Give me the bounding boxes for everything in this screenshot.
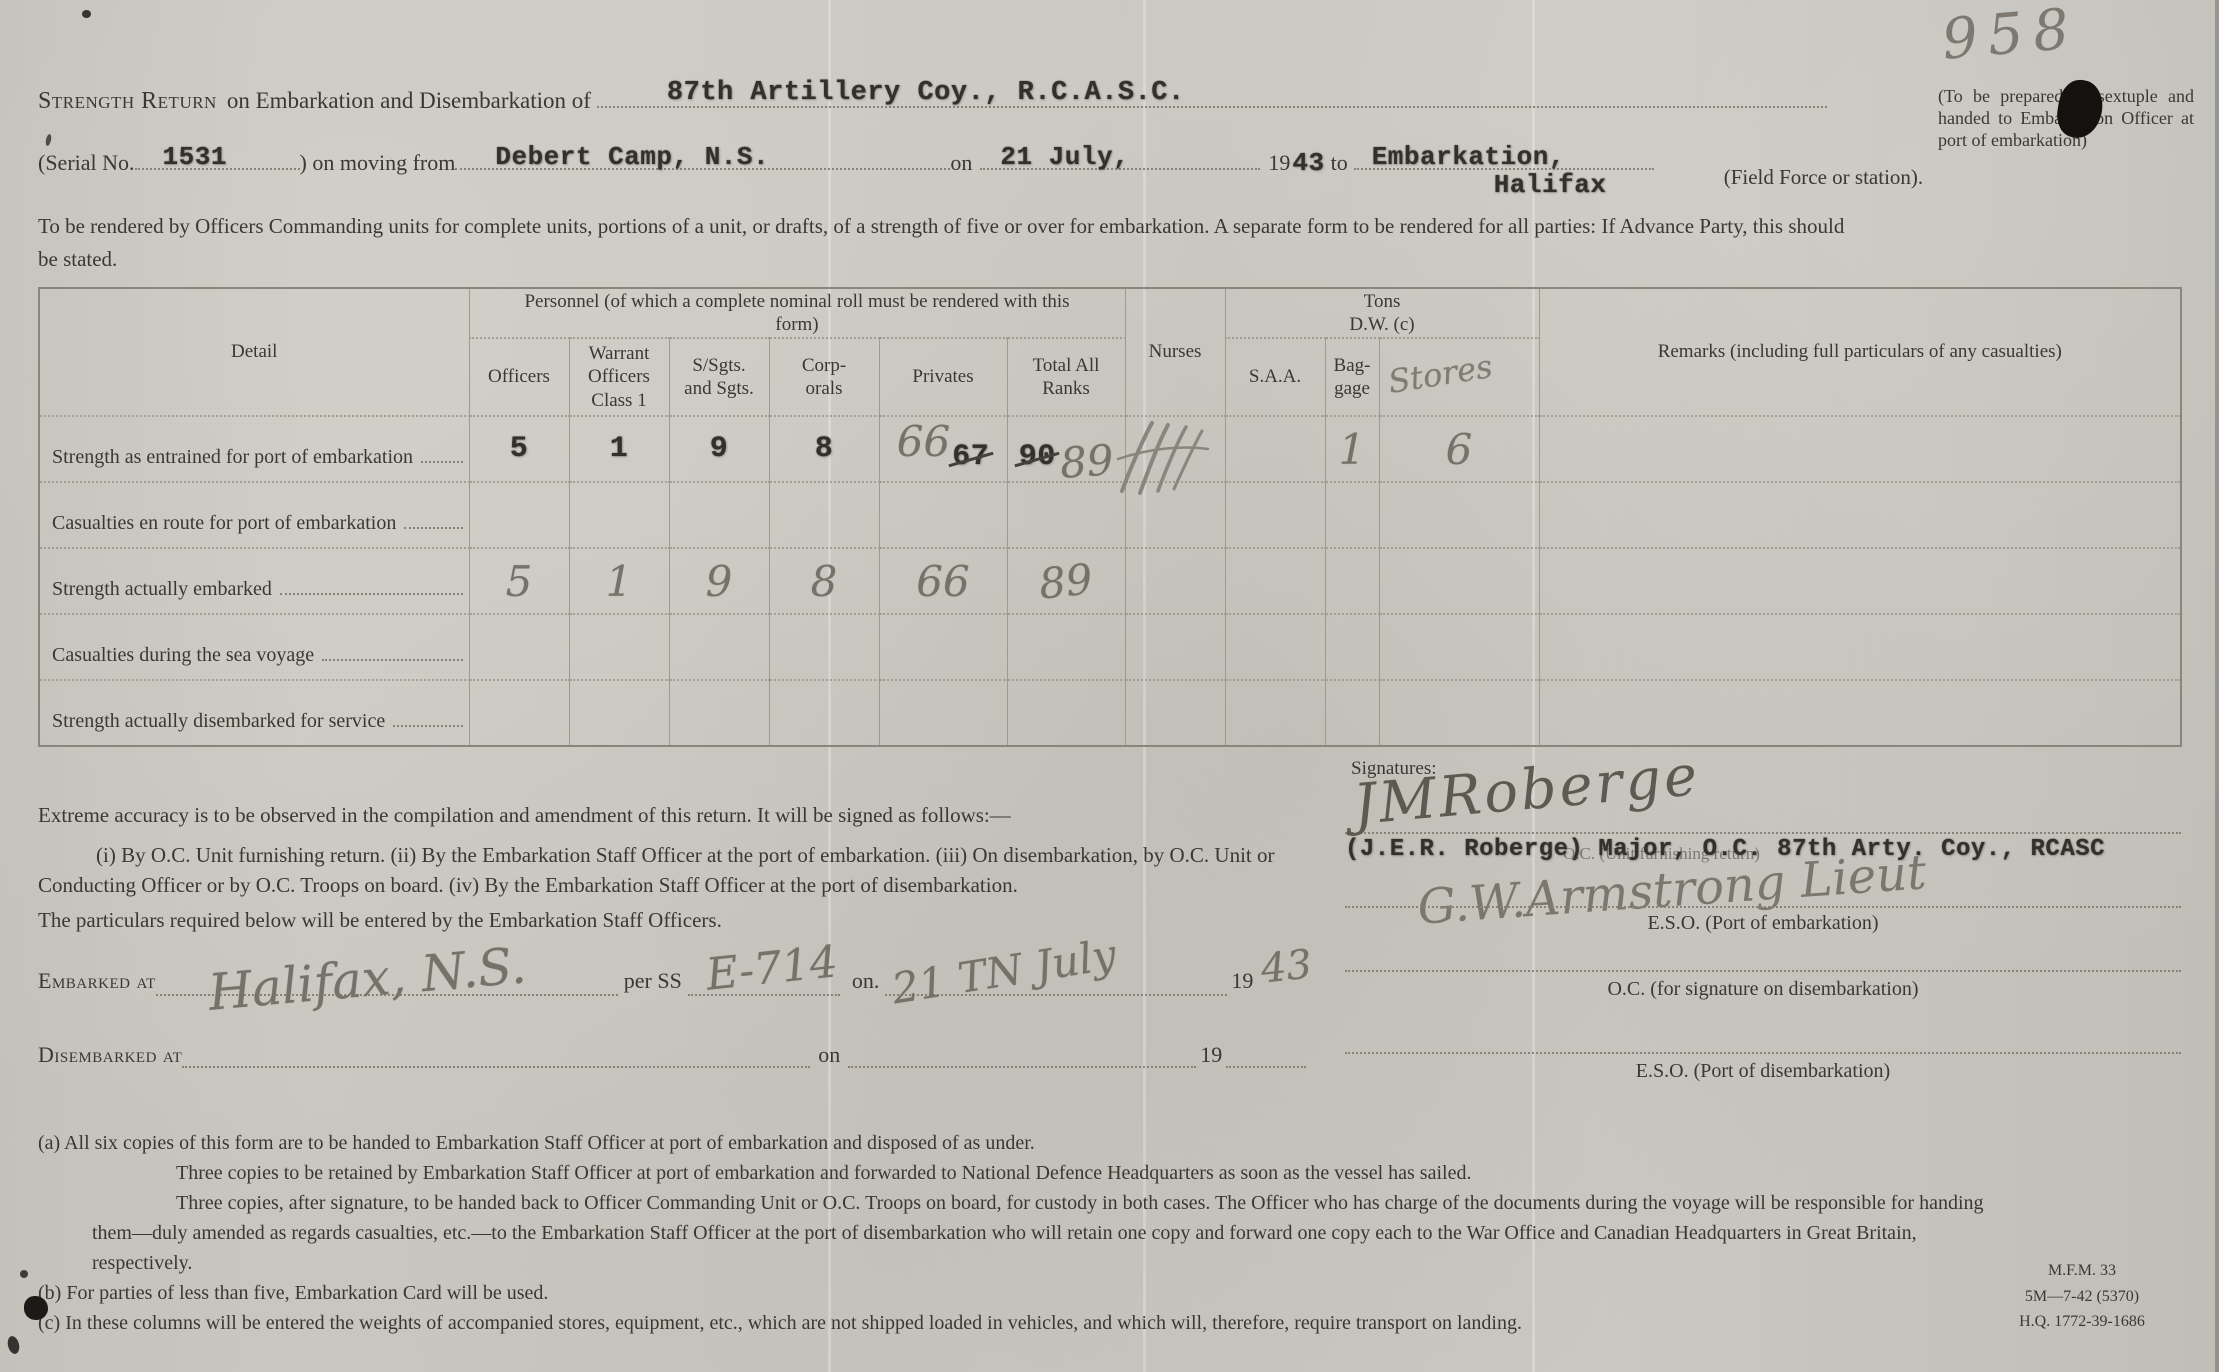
cell-officers: 5	[469, 548, 569, 614]
embarked-date-rule: 21 TN July	[885, 994, 1227, 996]
ship-name-handwritten: E-714	[704, 936, 840, 1000]
cell-empty	[569, 614, 669, 680]
cell-empty	[1225, 548, 1325, 614]
year-prefix: 19	[1268, 150, 1290, 176]
dotted-leader	[404, 527, 462, 529]
cell-empty	[1325, 548, 1379, 614]
handwritten-correction: 66	[897, 417, 950, 466]
cell-stores: 6	[1379, 416, 1539, 482]
note-c: (c) In these columns will be entered the…	[38, 1308, 2188, 1338]
form-code-3: H.Q. 1772-39-1686	[2002, 1309, 2162, 1335]
embarked-year-prefix: 19	[1231, 968, 1253, 996]
accuracy-paragraph-1: Extreme accuracy is to be observed in th…	[38, 803, 1358, 828]
cell-empty	[669, 680, 769, 746]
cell-total: 89	[1007, 548, 1125, 614]
row-label-cell: Casualties en route for port of embarkat…	[39, 482, 469, 548]
date-typed: 21 July,	[1000, 142, 1129, 172]
form-codes: M.F.M. 33 5M—7-42 (5370) H.Q. 1772-39-16…	[2002, 1258, 2162, 1335]
tons-line2: D.W. (c)	[1226, 313, 1539, 336]
cell-empty	[1125, 482, 1225, 548]
row-label: Casualties en route for port of embarkat…	[52, 512, 396, 535]
cell-empty	[1539, 482, 2181, 548]
cell-empty	[1379, 614, 1539, 680]
handwritten-value: 5	[506, 557, 533, 606]
cell-corporals: 8	[769, 416, 879, 482]
cell-empty	[1007, 482, 1125, 548]
from-typed: Debert Camp, N.S.	[495, 142, 769, 172]
form-title-rest: on Embarkation and Disembarkation of	[227, 88, 591, 114]
cell-empty	[1379, 548, 1539, 614]
scan-ink-blot	[24, 1296, 48, 1320]
disembarked-on-label: on	[818, 1042, 840, 1068]
handwritten-value: 66	[916, 557, 969, 606]
dotted-leader	[421, 461, 463, 463]
struck-typed-value: 90	[1019, 440, 1056, 474]
note-a4: respectively.	[38, 1248, 2188, 1278]
oc-signature-typed: (J.E.R. Roberge) Major, O.C. 87th Arty. …	[1345, 836, 2105, 863]
col-header-nurses: Nurses	[1125, 288, 1225, 416]
row-label-cell: Strength actually disembarked for servic…	[39, 680, 469, 746]
signatures-block: Signatures: JMRoberge O.C. (Unit furnish…	[1345, 758, 2181, 1078]
cell-empty	[1125, 548, 1225, 614]
typed-value: 5	[510, 432, 529, 466]
cell-empty	[879, 680, 1007, 746]
cell-corporals: 8	[769, 548, 879, 614]
row-label-cell: Strength as entrained for port of embark…	[39, 416, 469, 482]
cell-privates: 6667	[879, 416, 1007, 482]
cell-empty	[769, 482, 879, 548]
ship-rule: E-714	[688, 994, 840, 996]
col-header-tons-group: Tons D.W. (c)	[1225, 288, 1539, 338]
cell-empty	[1225, 482, 1325, 548]
accuracy-paragraph-2: (i) By O.C. Unit furnishing return. (ii)…	[38, 840, 1343, 901]
cell-empty	[1325, 482, 1379, 548]
table-row-casualties-voyage: Casualties during the sea voyage	[39, 614, 2181, 680]
cell-empty	[1379, 680, 1539, 746]
form-title: Strength Return	[38, 88, 217, 115]
cell-empty	[1125, 680, 1225, 746]
table-group-header-row: Detail Personnel (of which a complete no…	[39, 288, 2181, 338]
cell-empty	[1225, 614, 1325, 680]
form-code-1: M.F.M. 33	[2002, 1258, 2162, 1284]
cell-warrant: 1	[569, 548, 669, 614]
cell-sgts: 9	[669, 416, 769, 482]
dotted-leader	[280, 593, 463, 595]
cell-officers: 5	[469, 416, 569, 482]
cell-empty	[1325, 614, 1379, 680]
cell-empty	[1225, 680, 1325, 746]
table-row-actually-embarked: Strength actually embarked 5 1 9 8 66 89	[39, 548, 2181, 614]
note-a2: Three copies, after signature, to be han…	[38, 1188, 2188, 1218]
col-header-warrant-officers: Warrant Officers Class 1	[569, 338, 669, 416]
serial-line: (Serial No. 1531 ) on moving from Debert…	[38, 148, 1923, 178]
scan-blot	[20, 1270, 28, 1278]
oc-disembarkation-label: O.C. (for signature on disembarkation)	[1345, 978, 2181, 1001]
table-row-casualties-enroute: Casualties en route for port of embarkat…	[39, 482, 2181, 548]
row-label-cell: Strength actually embarked	[39, 548, 469, 614]
unit-name-typed: 87th Artillery Coy., R.C.A.S.C.	[667, 78, 1185, 108]
cell-empty	[769, 680, 879, 746]
footer-notes: (a) All six copies of this form are to b…	[38, 1128, 2188, 1338]
cell-empty	[1379, 482, 1539, 548]
table-row-entrained: Strength as entrained for port of embark…	[39, 416, 2181, 482]
cell-empty	[1539, 548, 2181, 614]
embarked-place-rule: Halifax, N.S.	[156, 994, 618, 996]
form-code-2: 5M—7-42 (5370)	[2002, 1284, 2162, 1310]
handwritten-value: 89	[1037, 554, 1095, 608]
cell-empty	[879, 614, 1007, 680]
typed-value: 1	[610, 432, 629, 466]
note-a: (a) All six copies of this form are to b…	[38, 1128, 2188, 1158]
col-header-officers: Officers	[469, 338, 569, 416]
cell-empty	[469, 614, 569, 680]
handwritten-value: 1	[1339, 425, 1366, 474]
embarked-at-label: Embarked at	[38, 968, 156, 996]
col-header-remarks: Remarks (including full particulars of a…	[1539, 288, 2181, 416]
scan-blot	[82, 10, 91, 18]
unit-name-rule: 87th Artillery Coy., R.C.A.S.C.	[597, 106, 1827, 108]
col-header-personnel-group: Personnel (of which a complete nominal r…	[469, 288, 1125, 338]
embarked-on-label: on.	[852, 968, 880, 996]
col-header-total-all-ranks: Total All Ranks	[1007, 338, 1125, 416]
col-header-detail: Detail	[39, 288, 469, 416]
to-label: to	[1331, 150, 1348, 176]
struck-typed-value: 67	[952, 440, 989, 474]
destination-rule: Embarkation, Halifax	[1354, 168, 1654, 170]
note-a1: Three copies to be retained by Embarkati…	[38, 1158, 2188, 1188]
eso-embarkation-label: E.S.O. (Port of embarkation)	[1345, 912, 2181, 935]
cell-empty	[879, 482, 1007, 548]
dotted-leader	[393, 725, 462, 727]
form-title-line: Strength Return on Embarkation and Disem…	[38, 88, 1827, 115]
col-header-baggage: Bag-gage	[1325, 338, 1379, 416]
row-label: Strength as entrained for port of embark…	[52, 446, 413, 469]
intro-paragraph: To be rendered by Officers Commanding un…	[38, 210, 1853, 275]
disembarked-date-rule	[848, 1066, 1196, 1068]
disembarked-place-rule	[182, 1066, 810, 1068]
col-header-stores: Stores	[1379, 338, 1539, 416]
col-header-sgts: S/Sgts. and Sgts.	[669, 338, 769, 416]
typed-value: 8	[815, 432, 834, 466]
cell-empty	[469, 680, 569, 746]
tons-line1: Tons	[1226, 290, 1539, 313]
disembarked-year-rule	[1226, 1066, 1306, 1068]
scan-blot	[6, 1335, 21, 1355]
cell-baggage: 1	[1325, 416, 1379, 482]
cell-privates: 66	[879, 548, 1007, 614]
note-b: (b) For parties of less than five, Embar…	[38, 1278, 2188, 1308]
stores-handwritten-label: Stores	[1385, 347, 1495, 402]
cell-empty	[669, 614, 769, 680]
cell-empty	[569, 680, 669, 746]
cell-empty	[1007, 680, 1125, 746]
serial-rule: 1531	[135, 168, 300, 170]
cell-remarks	[1539, 416, 2181, 482]
accuracy-paragraph-3: The particulars required below will be e…	[38, 908, 1343, 933]
col-header-corporals: Corp-orals	[769, 338, 879, 416]
strength-table: Detail Personnel (of which a complete no…	[38, 287, 2182, 747]
station-label: (Field Force or station).	[1724, 165, 1923, 190]
per-ss-label: per SS	[624, 968, 682, 996]
embarked-place-handwritten: Halifax, N.S.	[206, 936, 528, 1022]
pencil-page-number: 958	[1939, 0, 2081, 73]
from-rule: Debert Camp, N.S.	[455, 168, 950, 170]
scanned-strength-return-form: 958 (To be prepared in sextuple and hand…	[0, 0, 2219, 1372]
serial-number-typed: 1531	[163, 142, 227, 172]
cell-empty	[1007, 614, 1125, 680]
on-label: on	[950, 150, 972, 176]
typed-value: 9	[710, 432, 729, 466]
cell-empty	[469, 482, 569, 548]
serial-label: (Serial No.	[38, 150, 135, 176]
cell-empty	[1325, 680, 1379, 746]
scan-blot	[45, 134, 52, 147]
cell-empty	[569, 482, 669, 548]
disembarked-year-prefix: 19	[1200, 1042, 1222, 1068]
col-header-privates: Privates	[879, 338, 1007, 416]
cell-empty	[669, 482, 769, 548]
disembarked-at-label: Disembarked at	[38, 1042, 182, 1068]
disembarked-line: Disembarked at on 19	[38, 1042, 1306, 1068]
row-label-cell: Casualties during the sea voyage	[39, 614, 469, 680]
row-label: Casualties during the sea voyage	[52, 644, 314, 667]
cell-empty	[1539, 614, 2181, 680]
embarked-year-handwritten: 43	[1259, 941, 1314, 992]
dotted-rule	[1345, 970, 2181, 972]
destination-typed-line1: Embarkation,	[1372, 142, 1565, 172]
dotted-rule	[1345, 906, 2181, 908]
handwritten-value: 8	[811, 557, 838, 606]
embarked-date-handwritten: 21 TN July	[889, 930, 1120, 1014]
cell-sgts: 9	[669, 548, 769, 614]
handwritten-value: 1	[606, 557, 633, 606]
cell-nurses	[1125, 416, 1225, 482]
dotted-rule	[1345, 832, 2181, 834]
moving-from-label: ) on moving from	[300, 150, 456, 176]
cell-empty	[1125, 614, 1225, 680]
note-a3: them—duly amended as regards casualties,…	[38, 1218, 2188, 1248]
year-typed: 43	[1292, 148, 1324, 178]
row-label: Strength actually embarked	[52, 578, 272, 601]
dotted-rule	[1345, 1052, 2181, 1054]
table-row-disembarked: Strength actually disembarked for servic…	[39, 680, 2181, 746]
col-header-saa: S.A.A.	[1225, 338, 1325, 416]
dotted-leader	[322, 659, 462, 661]
cell-empty	[1539, 680, 2181, 746]
handwritten-value: 6	[1446, 425, 1473, 474]
handwritten-value: 9	[706, 557, 733, 606]
cell-saa	[1225, 416, 1325, 482]
cell-warrant: 1	[569, 416, 669, 482]
eso-disembarkation-label: E.S.O. (Port of disembarkation)	[1345, 1060, 2181, 1083]
scan-edge-shadow	[2215, 0, 2219, 1372]
date-rule: 21 July,	[980, 168, 1260, 170]
destination-typed-line2: Halifax	[1494, 170, 1607, 200]
cell-empty	[769, 614, 879, 680]
embarked-line: Embarked at Halifax, N.S. per SS E-714 o…	[38, 950, 1312, 996]
row-label: Strength actually disembarked for servic…	[52, 710, 385, 733]
